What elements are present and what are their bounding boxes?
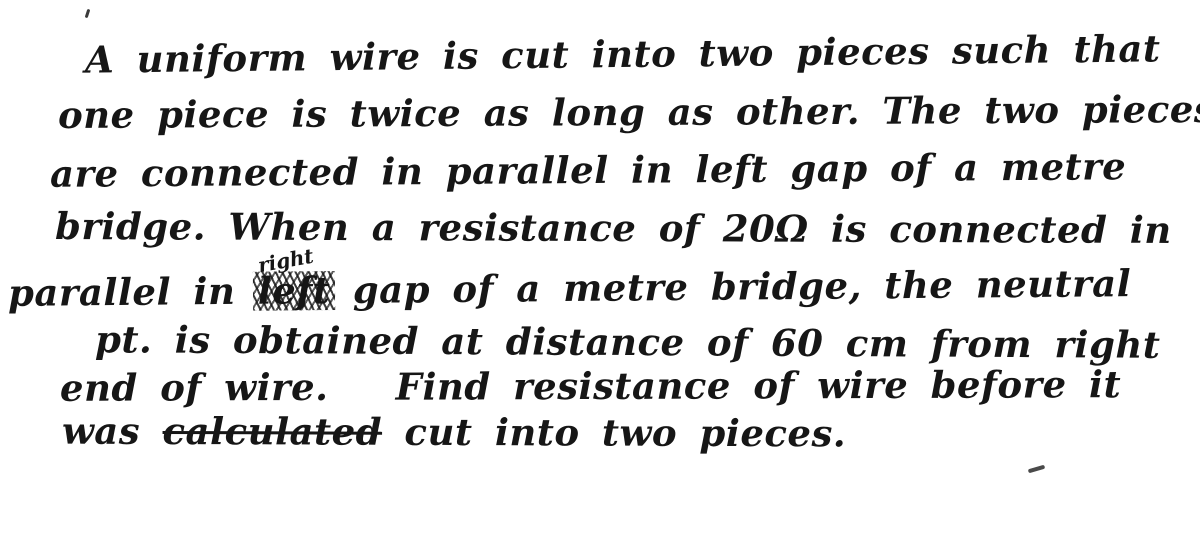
text-segment: cut into two pieces. bbox=[382, 410, 846, 456]
text-segment: A uniform wire is cut into two pieces su… bbox=[85, 26, 1161, 81]
handwritten-line: was calculated cut into two pieces. bbox=[62, 413, 846, 453]
handwritten-line: end of wire. Find resistance of wire bef… bbox=[60, 366, 1121, 407]
stray-mark-bottom-right bbox=[1028, 465, 1045, 474]
handwritten-line: are connected in parallel in left gap of… bbox=[50, 148, 1126, 193]
text-segment: parallel in bbox=[8, 269, 258, 315]
handwritten-line: one piece is twice as long as other. The… bbox=[58, 91, 1200, 134]
text-segment: bridge. When a resistance of 20Ω is conn… bbox=[55, 204, 1172, 252]
handwritten-page: A uniform wire is cut into two pieces su… bbox=[0, 0, 1200, 542]
handwritten-line: pt. is obtained at distance of 60 cm fro… bbox=[95, 321, 1161, 364]
stray-mark-top-left bbox=[85, 9, 91, 18]
scribbled-out-word: left bbox=[258, 268, 331, 313]
handwritten-line: parallel in rightleft gap of a metre bri… bbox=[8, 265, 1131, 312]
text-segment: was bbox=[62, 409, 163, 453]
correction: rightleft bbox=[258, 272, 331, 310]
struck-through-word: calculated bbox=[162, 409, 382, 454]
text-segment: one piece is twice as long as other. The… bbox=[58, 87, 1200, 137]
handwritten-line: bridge. When a resistance of 20Ω is conn… bbox=[55, 208, 1172, 249]
text-segment: are connected in parallel in left gap of… bbox=[50, 144, 1126, 196]
handwritten-line: A uniform wire is cut into two pieces su… bbox=[85, 30, 1161, 78]
text-segment: gap of a metre bridge, the neutral bbox=[330, 261, 1131, 312]
text-segment: end of wire. Find resistance of wire bef… bbox=[60, 362, 1121, 410]
text-segment: pt. is obtained at distance of 60 cm fro… bbox=[95, 317, 1161, 367]
